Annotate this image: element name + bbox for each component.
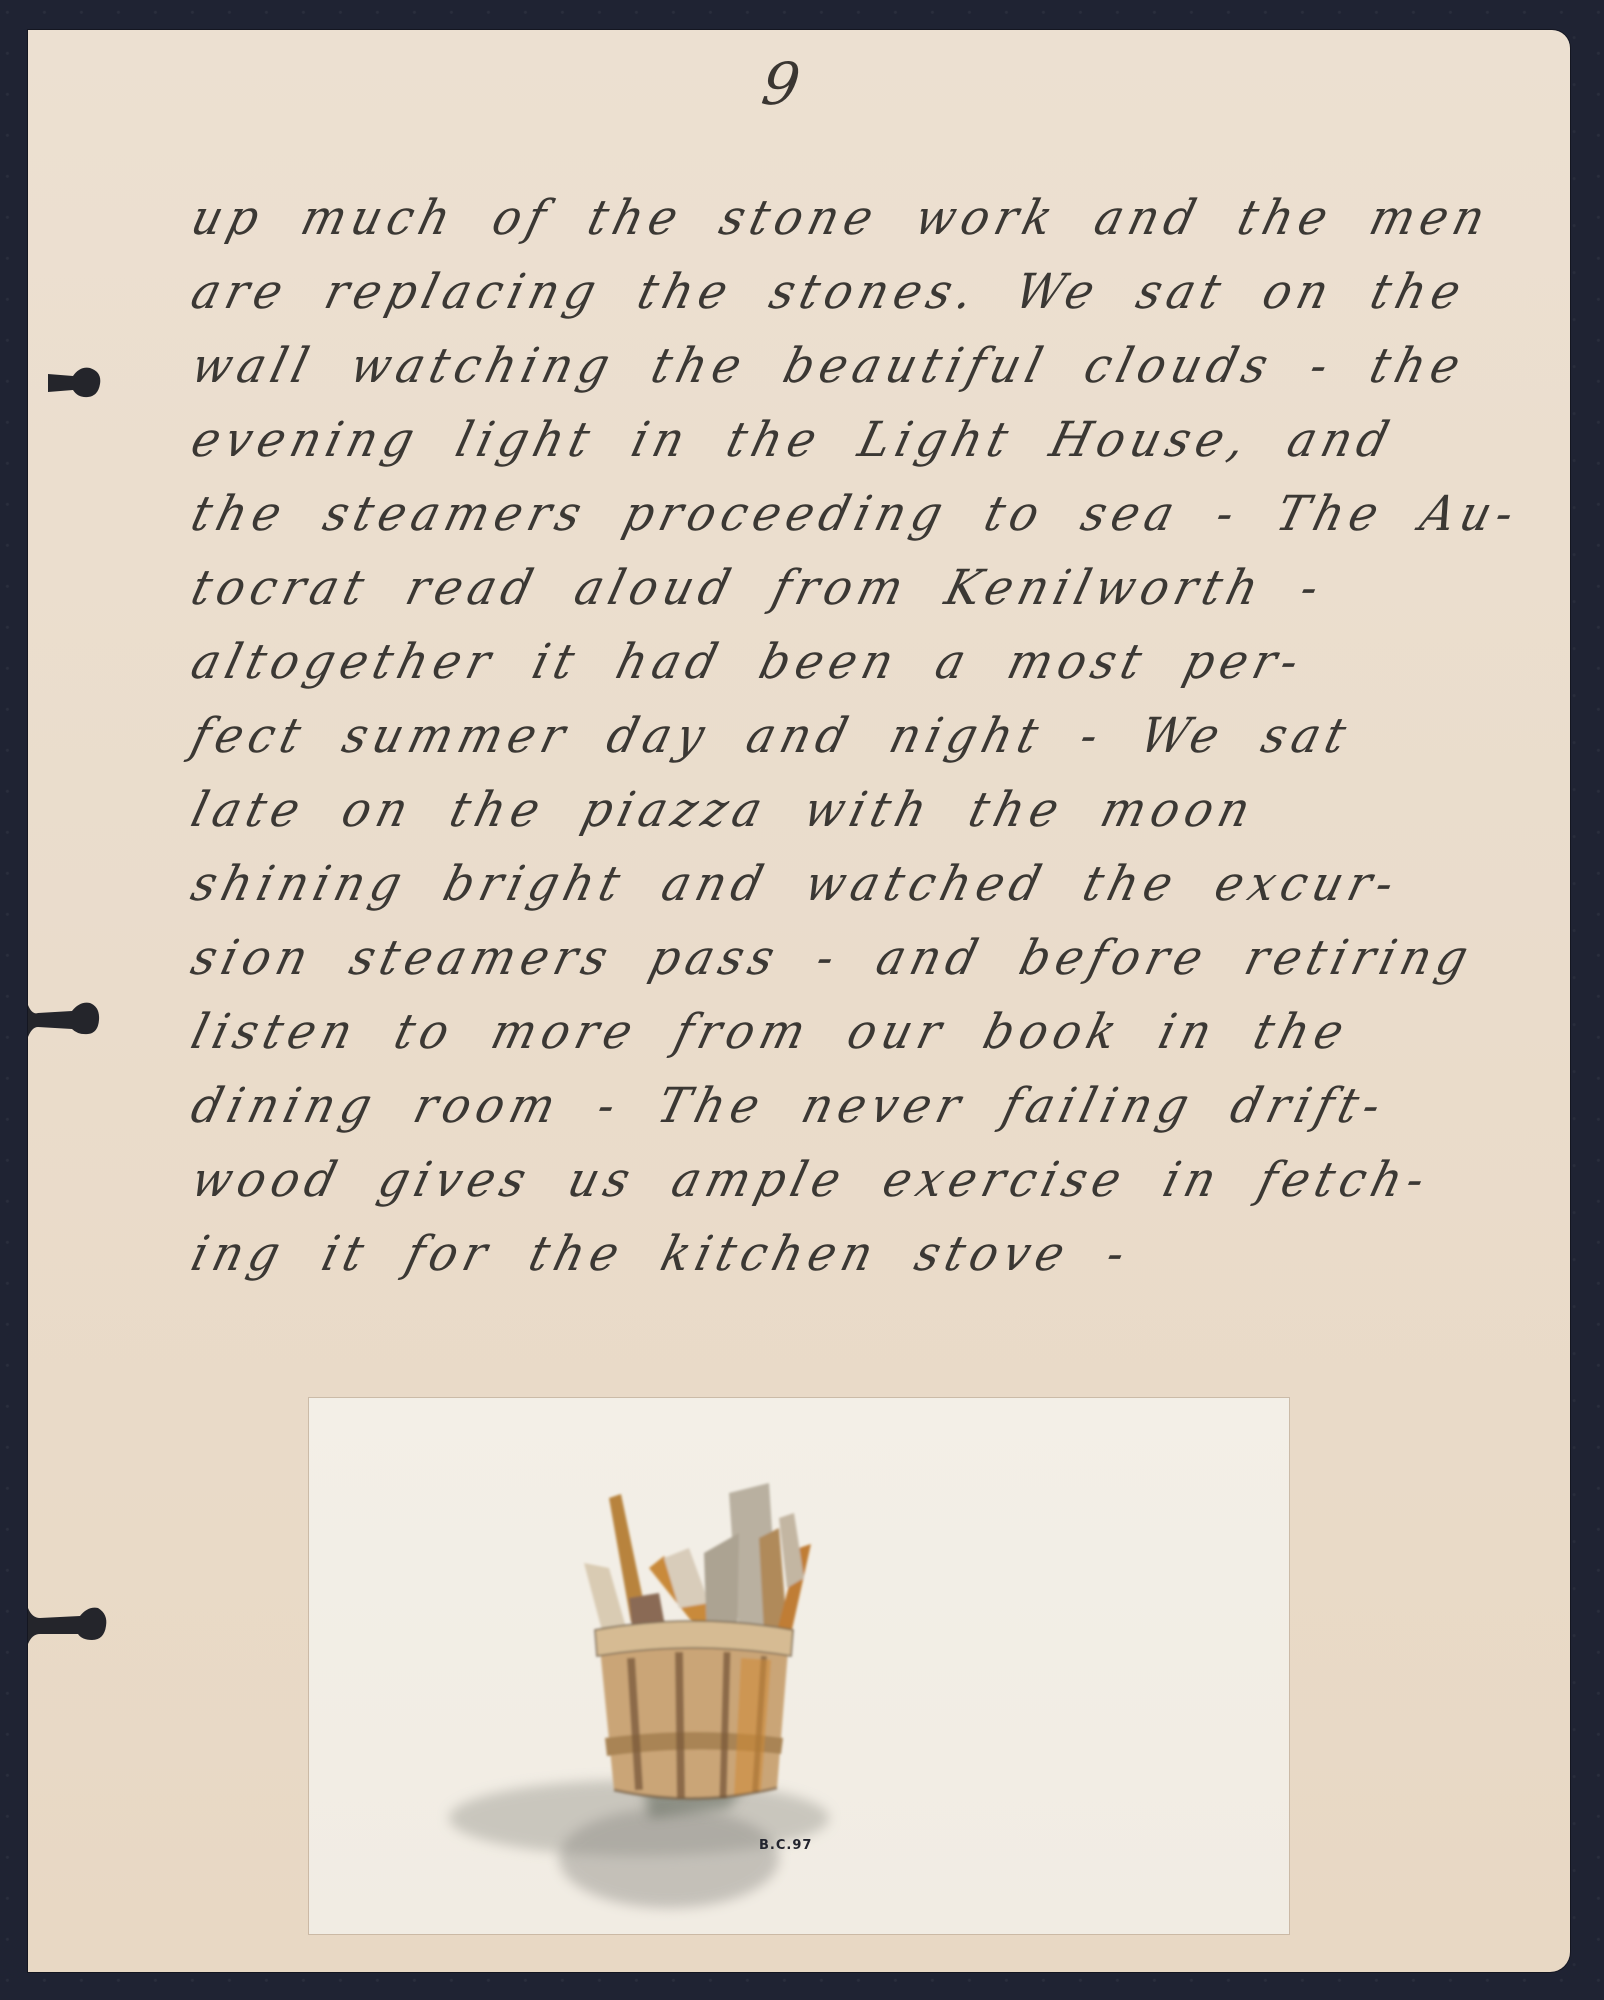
text-line: evening light in the Light House, and — [183, 400, 1482, 478]
binding-hole-icon — [28, 997, 108, 1043]
manuscript-page: 9 up much of the stone work and the men … — [28, 30, 1570, 1972]
text-line: wall watching the beautiful clouds - the — [183, 326, 1482, 404]
page-number: 9 — [751, 50, 811, 118]
text-line: the steamers proceeding to sea - The Au- — [183, 474, 1482, 552]
text-line: dining room - The never failing drift- — [183, 1066, 1482, 1144]
artist-signature: B.C.97 — [759, 1838, 812, 1853]
text-line: tocrat read aloud from Kenilworth - — [183, 548, 1482, 626]
basket-of-driftwood-illustration — [309, 1398, 1289, 1934]
text-line: are replacing the stones. We sat on the — [183, 252, 1482, 330]
text-line: altogether it had been a most per- — [183, 622, 1482, 700]
text-line: fect summer day and night - We sat — [183, 696, 1482, 774]
binding-hole-icon — [28, 1602, 108, 1648]
text-line: late on the piazza with the moon — [183, 770, 1482, 848]
text-line: shining bright and watched the excur- — [183, 844, 1482, 922]
binding-hole-icon — [28, 360, 108, 406]
text-line: up much of the stone work and the men — [183, 178, 1482, 256]
watercolor-card: B.C.97 — [309, 1398, 1289, 1934]
text-line: listen to more from our book in the — [183, 992, 1482, 1070]
text-line: ing it for the kitchen stove - — [183, 1214, 1482, 1292]
text-line: sion steamers pass - and before retiring — [183, 918, 1482, 996]
handwritten-text: up much of the stone work and the men ar… — [193, 180, 1473, 1290]
text-line: wood gives us ample exercise in fetch- — [183, 1140, 1482, 1218]
